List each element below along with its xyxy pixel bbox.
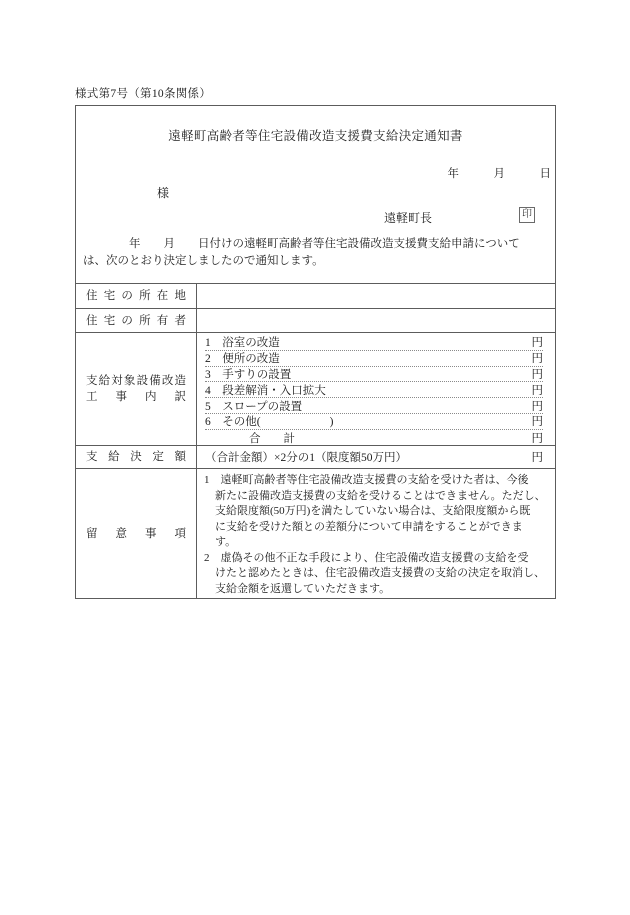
work-breakdown-items: 1 浴室の改造 円 2 便所の改造 円 3 手すりの設置 円 4 段差解消・入口… xyxy=(197,333,555,445)
decision-amount-label-cell: 支給決定額 xyxy=(76,446,197,468)
housing-location-label-cell: 住宅の所在地 xyxy=(76,284,197,308)
breakdown-item-step-removal: 4 段差解消・入口拡大 円 xyxy=(205,382,543,398)
decision-amount-value-cell: （合計金額）×2分の1（限度額50万円） 円 xyxy=(197,446,555,468)
notes-content: 1 遠軽町高齢者等住宅設備改造支援費の支給を受けた者は、今後 新たに設備改造支援… xyxy=(197,469,555,598)
intro-paragraph: 年 月 日付けの遠軽町高齢者等住宅設備改造支援費支給申請について は、次のとおり… xyxy=(83,236,552,270)
work-breakdown-label-cell: 支給対象設備改造 工事内訳 xyxy=(76,333,197,445)
breakdown-item-label: 5 スロープの設置 xyxy=(205,398,302,414)
seal-mark-icon: 印 xyxy=(519,207,535,223)
issuer-title: 遠軽町長 xyxy=(384,209,432,226)
notes-label-cell: 留意事項 xyxy=(76,469,197,598)
breakdown-item-other: 6 その他( ) 円 xyxy=(205,414,543,430)
note-item-2: 2 虚偽その他不正な手段により、住宅設備改造支援費の支給を受 けたと認めたときは… xyxy=(204,551,551,598)
row-work-breakdown: 支給対象設備改造 工事内訳 1 浴室の改造 円 2 便所の改造 円 3 手すりの… xyxy=(76,332,555,445)
decision-formula: （合計金額）×2分の1（限度額50万円） xyxy=(205,449,407,465)
breakdown-total-line: 合 計 円 xyxy=(205,430,543,446)
amount-unit: 円 xyxy=(532,366,544,382)
breakdown-item-label: 2 便所の改造 xyxy=(205,350,280,366)
housing-location-label: 住宅の所在地 xyxy=(86,288,186,304)
breakdown-item-handrail: 3 手すりの設置 円 xyxy=(205,367,543,383)
amount-unit: 円 xyxy=(532,398,544,414)
breakdown-item-label: 3 手すりの設置 xyxy=(205,366,291,382)
row-notes: 留意事項 1 遠軽町高齢者等住宅設備改造支援費の支給を受けた者は、今後 新たに設… xyxy=(76,468,555,598)
amount-unit: 円 xyxy=(532,413,544,429)
addressee-honorific: 様 xyxy=(157,184,169,201)
breakdown-total-label: 合 計 xyxy=(249,430,295,446)
row-decision-amount: 支給決定額 （合計金額）×2分の1（限度額50万円） 円 xyxy=(76,445,555,468)
breakdown-item-label: 4 段差解消・入口拡大 xyxy=(205,382,326,398)
work-breakdown-label-line2: 工事内訳 xyxy=(86,389,186,405)
breakdown-item-bathroom: 1 浴室の改造 円 xyxy=(205,335,543,351)
amount-unit: 円 xyxy=(532,449,544,465)
form-header: 遠軽町高齢者等住宅設備改造支援費支給決定通知書 年 月 日 様 遠軽町長 印 年… xyxy=(76,106,555,283)
notes-label: 留意事項 xyxy=(86,526,186,542)
decision-amount-label: 支給決定額 xyxy=(86,449,186,465)
amount-unit: 円 xyxy=(532,350,544,366)
row-housing-location: 住宅の所在地 xyxy=(76,283,555,308)
work-breakdown-label-line1: 支給対象設備改造 xyxy=(86,373,186,389)
note-item-1: 1 遠軽町高齢者等住宅設備改造支援費の支給を受けた者は、今後 新たに設備改造支援… xyxy=(204,473,551,551)
issuer-line: 遠軽町長 印 xyxy=(76,207,555,225)
housing-owner-value xyxy=(197,309,555,332)
issue-date-line: 年 月 日 xyxy=(448,165,552,181)
housing-owner-label-cell: 住宅の所有者 xyxy=(76,309,197,332)
document-page: 様式第7号（第10条関係） 遠軽町高齢者等住宅設備改造支援費支給決定通知書 年 … xyxy=(0,0,630,915)
breakdown-item-label: 1 浴室の改造 xyxy=(205,334,280,350)
amount-unit: 円 xyxy=(532,382,544,398)
form-code: 様式第7号（第10条関係） xyxy=(75,85,211,101)
amount-unit: 円 xyxy=(532,430,544,446)
document-title: 遠軽町高齢者等住宅設備改造支援費支給決定通知書 xyxy=(76,126,555,144)
housing-owner-label: 住宅の所有者 xyxy=(86,313,186,329)
breakdown-item-toilet: 2 便所の改造 円 xyxy=(205,351,543,367)
breakdown-item-label: 6 その他( ) xyxy=(205,413,333,429)
amount-unit: 円 xyxy=(532,334,544,350)
housing-location-value xyxy=(197,284,555,308)
row-housing-owner: 住宅の所有者 xyxy=(76,308,555,332)
notice-form-table: 遠軽町高齢者等住宅設備改造支援費支給決定通知書 年 月 日 様 遠軽町長 印 年… xyxy=(75,105,556,599)
breakdown-item-slope: 5 スロープの設置 円 xyxy=(205,398,543,414)
